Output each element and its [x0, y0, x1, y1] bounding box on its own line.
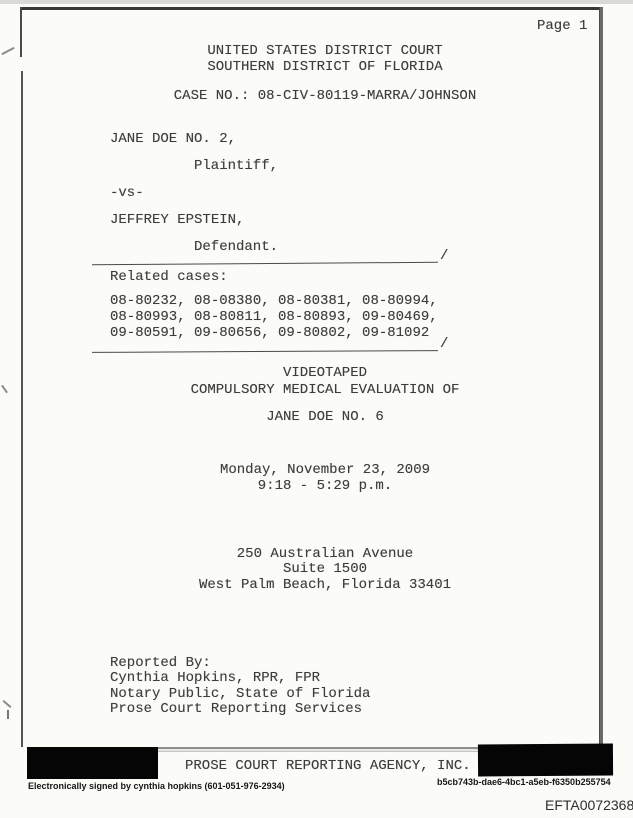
bates-number: EFTA00723681 [545, 797, 633, 813]
related-cases-slash: / [440, 337, 448, 351]
session-time: 9:18 - 5:29 p.m. [110, 479, 540, 493]
caption-rule-line [92, 262, 438, 267]
document-id: b5cb743b-dae6-4bc1-a5eb-f6350b255754 [437, 777, 611, 787]
reporter-name: Cynthia Hopkins, RPR, FPR [110, 671, 320, 685]
page-frame-top-border [20, 7, 602, 10]
related-cases-line: 08-80232, 08-08380, 08-80381, 08-80994, [110, 294, 438, 308]
defendant-name: JEFFREY EPSTEIN, [110, 213, 244, 227]
court-name-line2: SOUTHERN DISTRICT OF FLORIDA [110, 60, 540, 74]
page-number: Page 1 [537, 19, 587, 33]
scan-artifact [7, 710, 9, 719]
scan-artifact [1, 47, 14, 55]
location-address-line3: West Palm Beach, Florida 33401 [110, 578, 540, 592]
case-number: CASE NO.: 08-CIV-80119-MARRA/JOHNSON [110, 89, 540, 103]
page-frame-left-border-lower [21, 71, 23, 747]
defendant-role: Defendant. [194, 240, 278, 254]
plaintiff-role: Plaintiff, [194, 159, 278, 173]
footer-strip-top-line [155, 747, 482, 752]
scan-artifact [3, 700, 12, 708]
electronic-signature-note: Electronically signed by cynthia hopkins… [28, 781, 285, 791]
reported-by-label: Reported By: [110, 656, 211, 670]
reporter-company: Prose Court Reporting Services [110, 702, 362, 716]
proceeding-title-line2: COMPULSORY MEDICAL EVALUATION OF [110, 383, 540, 397]
related-cases-rule-line [92, 350, 438, 355]
proceeding-subject: JANE DOE NO. 6 [110, 410, 540, 424]
scan-artifact [1, 385, 8, 394]
page-frame-right-border [599, 7, 603, 747]
proceeding-title-line1: VIDEOTAPED [110, 366, 540, 380]
scan-top-smudge [0, 0, 633, 4]
related-cases-line: 09-80591, 09-80656, 09-80802, 09-81092 [110, 326, 429, 340]
reporting-agency-name: PROSE COURT REPORTING AGENCY, INC. [185, 759, 471, 773]
redaction-bar-right [478, 744, 613, 777]
court-name-line1: UNITED STATES DISTRICT COURT [110, 44, 540, 58]
location-address-line2: Suite 1500 [110, 562, 540, 576]
reporter-credential: Notary Public, State of Florida [110, 687, 370, 701]
related-cases-line: 08-80993, 08-80811, 08-80893, 09-80469, [110, 310, 438, 324]
page-frame-left-border-upper [20, 7, 22, 57]
caption-slash: / [440, 249, 448, 263]
plaintiff-name: JANE DOE NO. 2, [110, 132, 236, 146]
related-cases-label: Related cases: [110, 270, 228, 284]
scanned-court-document-page: Page 1 UNITED STATES DISTRICT COURT SOUT… [0, 0, 633, 818]
redaction-bar-left [27, 747, 158, 779]
session-date: Monday, November 23, 2009 [110, 463, 540, 477]
location-address-line1: 250 Australian Avenue [110, 547, 540, 561]
versus-label: -vs- [110, 186, 144, 200]
